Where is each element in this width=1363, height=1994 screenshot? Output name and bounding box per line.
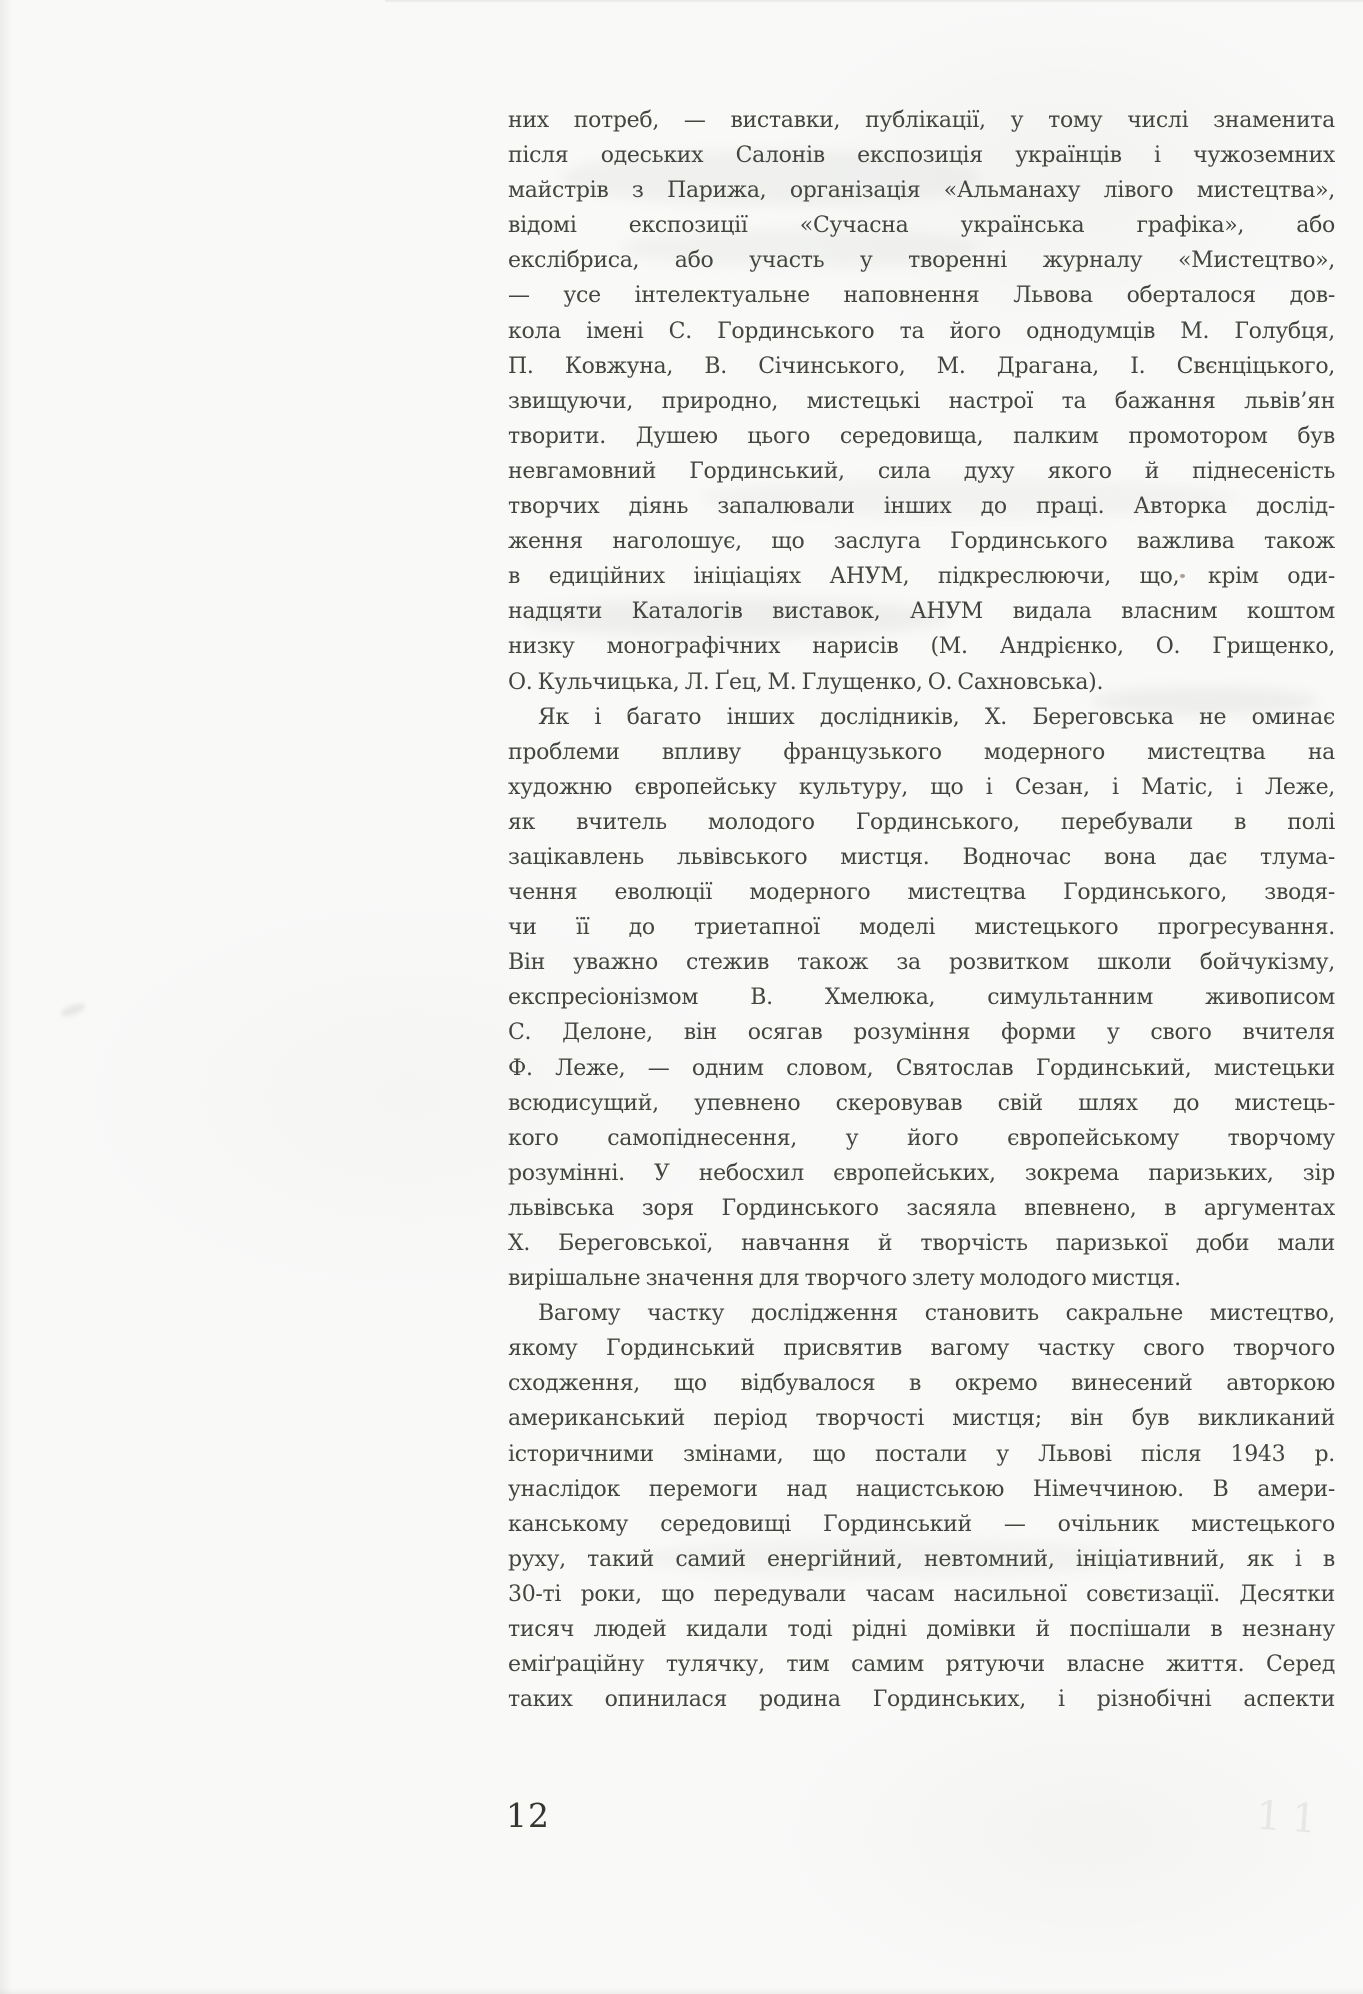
text-line: львівська зоря Гординського засяяла впев…: [508, 1191, 1335, 1226]
scanned-book-page: них потреб, — виставки, публікації, у то…: [0, 0, 1363, 1994]
paragraph: Вагому частку дослідження становить сакр…: [508, 1296, 1335, 1717]
text-line: експресіонізмом В. Хмелюка, симультанним…: [508, 980, 1335, 1015]
page-number: 12: [506, 1796, 550, 1836]
text-line: вирішальне значення для творчого злету м…: [508, 1261, 1335, 1296]
text-line: художню європейську культуру, що і Сезан…: [508, 770, 1335, 805]
text-line: якому Гординський присвятив вагому частк…: [508, 1331, 1335, 1366]
text-line: творити. Душею цього середовища, палким …: [508, 419, 1335, 454]
text-line: низку монографічних нарисів (М. Андрієнк…: [508, 629, 1335, 664]
text-line: кола імені С. Гординського та його однод…: [508, 314, 1335, 349]
text-line: П. Ковжуна, В. Січинського, М. Драгана, …: [508, 349, 1335, 384]
text-line: розумінні. У небосхил європейських, зокр…: [508, 1156, 1335, 1191]
text-line: в едиційних ініціаціях АНУМ, підкреслююч…: [508, 559, 1335, 594]
text-line: сходження, що відбувалося в окремо винес…: [508, 1366, 1335, 1401]
text-line: екслібриса, або участь у творенні журнал…: [508, 243, 1335, 278]
text-line: невгамовний Гординський, сила духу якого…: [508, 454, 1335, 489]
text-line: еміґраційну тулячку, тим самим рятуючи в…: [508, 1647, 1335, 1682]
text-line: історичними змінами, що постали у Львові…: [508, 1437, 1335, 1472]
text-line: Вагому частку дослідження становить сакр…: [508, 1296, 1335, 1331]
text-line: таких опинилася родина Гординських, і рі…: [508, 1682, 1335, 1717]
paper-crease: [59, 1001, 87, 1019]
text-line: проблеми впливу французького модерного м…: [508, 735, 1335, 770]
text-line: звищуючи, природно, мистецькі настрої та…: [508, 384, 1335, 419]
body-text: них потреб, — виставки, публікації, у то…: [508, 103, 1335, 1717]
scan-top-edge: [385, 0, 1363, 3]
ghost-showthrough-mark: 11: [1254, 1792, 1328, 1845]
text-line: тисяч людей кидали тоді рідні домівки й …: [508, 1612, 1335, 1647]
text-line: зацікавлень львівського мистця. Водночас…: [508, 840, 1335, 875]
text-line: 30-ті роки, що передували часам насильно…: [508, 1577, 1335, 1612]
text-line: канському середовищі Гординський — очіль…: [508, 1507, 1335, 1542]
text-line: чення еволюції модерного мистецтва Горди…: [508, 875, 1335, 910]
text-line: Він уважно стежив також за розвитком шко…: [508, 945, 1335, 980]
text-line: після одеських Салонів експозиція україн…: [508, 138, 1335, 173]
text-line: Як і багато інших дослідників, Х. Берего…: [508, 700, 1335, 735]
paragraph: Як і багато інших дослідників, Х. Берего…: [508, 700, 1335, 1297]
text-line: О. Кульчицька, Л. Ґец, М. Глущенко, О. С…: [508, 665, 1335, 700]
text-line: Ф. Леже, — одним словом, Святослав Горди…: [508, 1051, 1335, 1086]
text-line: С. Делоне, він осягав розуміння форми у …: [508, 1015, 1335, 1050]
text-line: всюдисущий, упевнено скеровував свій шля…: [508, 1086, 1335, 1121]
text-line: унаслідок перемоги над нацистською Німеч…: [508, 1472, 1335, 1507]
text-line: майстрів з Парижа, організація «Альманах…: [508, 173, 1335, 208]
text-line: американський період творчості мистця; в…: [508, 1401, 1335, 1436]
text-line: як вчитель молодого Гординського, перебу…: [508, 805, 1335, 840]
text-line: чи її до триетапної моделі мистецького п…: [508, 910, 1335, 945]
text-line: творчих діянь запалювали інших до праці.…: [508, 489, 1335, 524]
text-line: них потреб, — виставки, публікації, у то…: [508, 103, 1335, 138]
text-line: надцяти Каталогів виставок, АНУМ видала …: [508, 594, 1335, 629]
text-line: Х. Береговської, навчання й творчість па…: [508, 1226, 1335, 1261]
text-line: кого самопіднесення, у його європейськом…: [508, 1121, 1335, 1156]
text-line: руху, такий самий енергійний, невтомний,…: [508, 1542, 1335, 1577]
paragraph: них потреб, — виставки, публікації, у то…: [508, 103, 1335, 700]
text-line: відомі експозиції «Сучасна українська гр…: [508, 208, 1335, 243]
text-line: — усе інтелектуальне наповнення Львова о…: [508, 278, 1335, 313]
dust-speck: [1180, 574, 1185, 578]
text-line: ження наголошує, що заслуга Гординського…: [508, 524, 1335, 559]
